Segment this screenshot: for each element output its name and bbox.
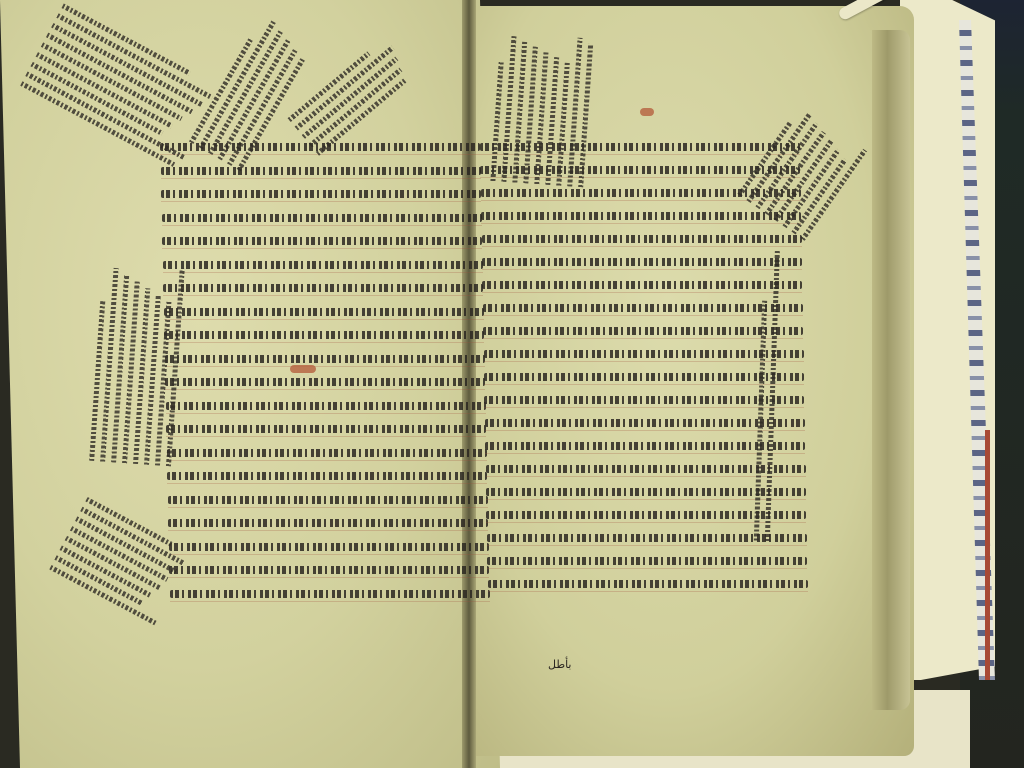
text-line	[161, 164, 481, 179]
text-line	[482, 232, 802, 247]
text-line	[162, 234, 482, 249]
rubric-marker-right	[640, 108, 654, 116]
text-line	[482, 278, 802, 293]
text-line	[167, 446, 487, 461]
text-line	[166, 399, 486, 414]
margin-gloss-left-vertical	[89, 261, 191, 467]
text-line	[483, 301, 803, 316]
text-line	[166, 422, 486, 437]
text-line	[484, 370, 804, 385]
text-line	[488, 577, 808, 592]
text-line	[170, 587, 490, 602]
rubric-marker	[290, 365, 316, 373]
book-cover-red-rim	[985, 430, 990, 680]
text-line	[482, 255, 802, 270]
text-line	[162, 211, 482, 226]
text-line	[167, 469, 487, 484]
text-line	[168, 516, 488, 531]
text-line	[487, 554, 807, 569]
right-page-edge	[872, 30, 910, 710]
margin-gloss-right-top	[490, 31, 599, 188]
text-line	[169, 563, 489, 578]
text-line	[163, 281, 483, 296]
text-line	[484, 393, 804, 408]
text-line	[483, 324, 803, 339]
text-line	[168, 493, 488, 508]
catchword: بأطل	[548, 658, 572, 671]
text-line	[481, 209, 801, 224]
text-line	[165, 352, 485, 367]
text-line	[165, 375, 485, 390]
text-line	[164, 305, 484, 320]
text-line	[161, 187, 481, 202]
text-line	[164, 328, 484, 343]
text-line	[163, 258, 483, 273]
text-line	[484, 347, 804, 362]
text-line	[169, 540, 489, 555]
